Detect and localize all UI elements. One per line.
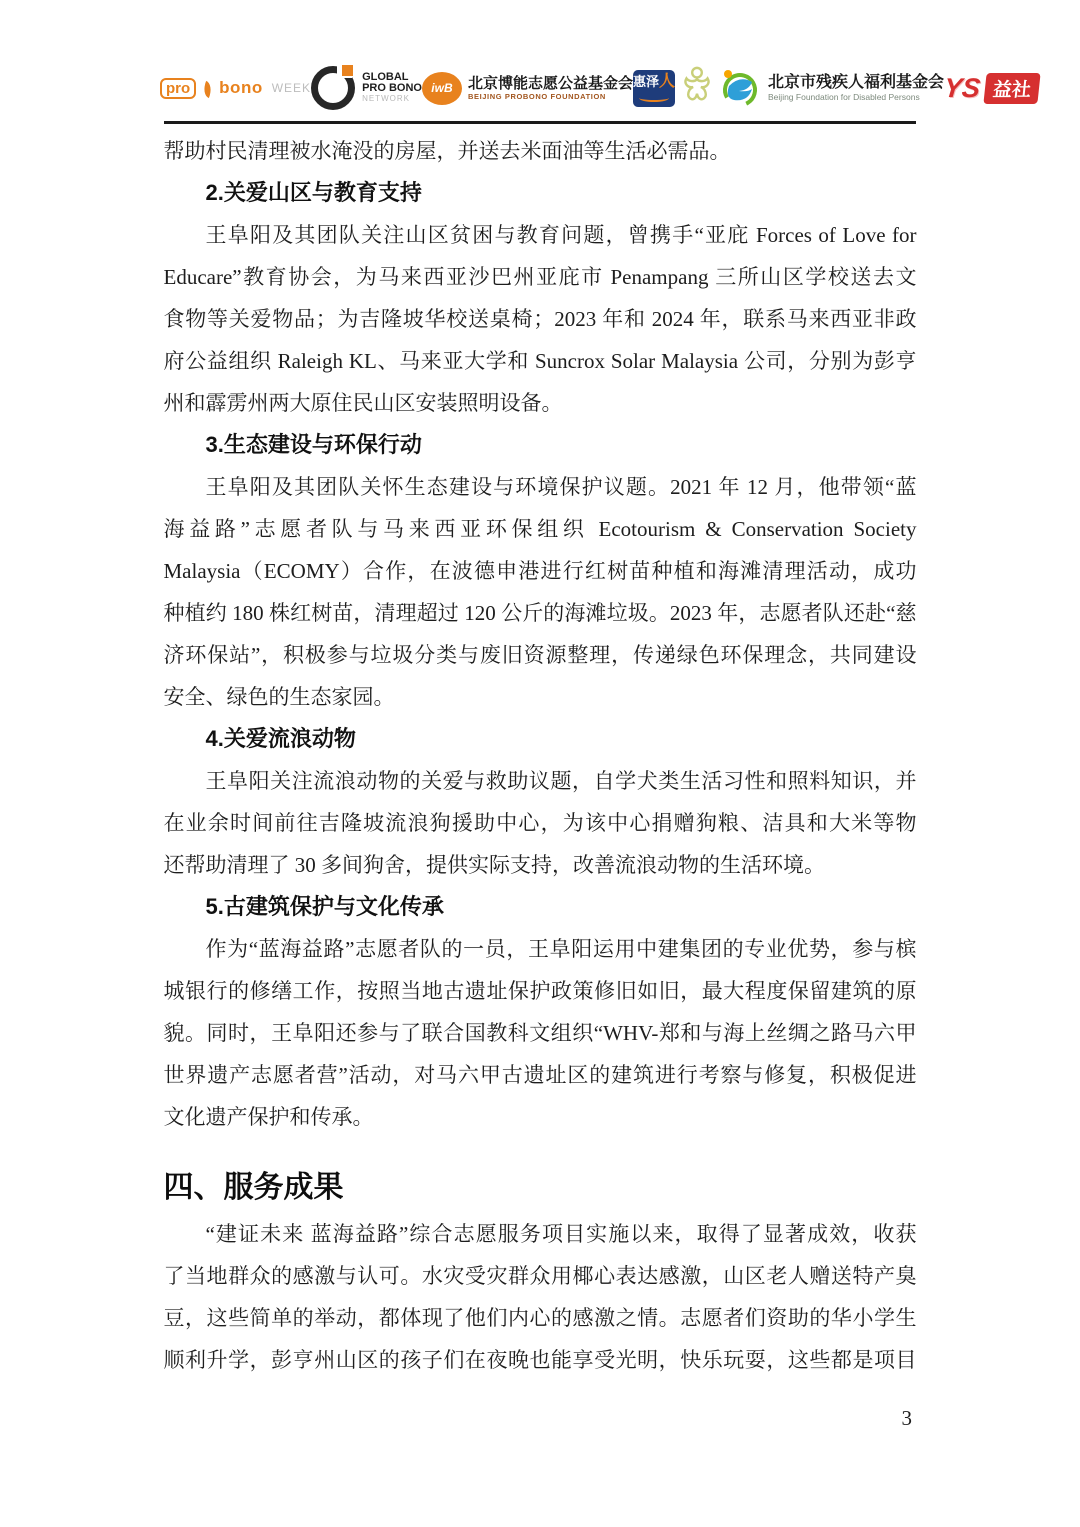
yishe-ys-mark: YS: [943, 75, 982, 102]
text-line: 府公益组织 Raleigh KL、马来亚大学和 Suncrox Solar Ma…: [164, 340, 917, 382]
global-pro-bono-line2: PRO BONO: [362, 83, 422, 94]
bfdp-en: Beijing Foundation for Disabled Persons: [768, 92, 944, 102]
sub-heading: 5.古建筑保护与文化传承: [164, 886, 917, 928]
pro-bono-week-bono: bono: [219, 78, 263, 98]
text-line: 海益路”志愿者队与马来西亚环保组织 Ecotourism & Conservat…: [164, 508, 917, 550]
text-line: 豆，这些简单的举动，都体现了他们内心的感激之情。志愿者们资助的华小学生: [164, 1297, 917, 1339]
page-header: probonoWEEK GLOBAL PRO BONO NETWORK iwB …: [0, 0, 1080, 124]
logo-pro-bono-week: probonoWEEK: [160, 78, 311, 99]
text-line: 王阜阳关注流浪动物的关爱与救助议题，自学犬类生活习性和照料知识，并: [164, 760, 917, 802]
text-line: 顺利升学，彭亨州山区的孩子们在夜晚也能享受光明，快乐玩耍，这些都是项目: [164, 1339, 917, 1381]
text-line: 了当地群众的感激与认可。水灾受灾群众用椰心表达感激，山区老人赠送特产臭: [164, 1255, 917, 1297]
sub-heading: 2.关爱山区与教育支持: [164, 172, 917, 214]
text-line: Educare”教育协会，为马来西亚沙巴州亚庇市 Penampang 三所山区学…: [164, 256, 917, 298]
pro-bono-week-week: WEEK: [272, 81, 311, 95]
text-line: 食物等关爱物品；为吉隆坡华校送桌椅；2023 年和 2024 年，联系马来西亚非…: [164, 298, 917, 340]
pro-bono-week-pro: pro: [160, 78, 196, 99]
text-line: “建证未来 蓝海益路”综合志愿服务项目实施以来，取得了显著成效，收获: [164, 1213, 917, 1255]
text-line: 作为“蓝海益路”志愿者队的一员，王阜阳运用中建集团的专业优势，参与槟: [164, 928, 917, 970]
logo-strip: probonoWEEK GLOBAL PRO BONO NETWORK iwB …: [160, 62, 920, 114]
logo-huizeren: 惠泽人: [633, 70, 675, 107]
header-divider: [164, 121, 916, 124]
text-line: 种植约 180 株红树苗，清理超过 120 公斤的海滩垃圾。2023 年，志愿者…: [164, 592, 917, 634]
yishe-label: 益社: [983, 73, 1040, 104]
huizeren-label: 惠泽人: [633, 75, 675, 89]
text-line: 王阜阳及其团队关注山区贫困与教育问题，曾携手“亚庇 Forces of Love…: [164, 214, 917, 256]
text-line: 城银行的修缮工作，按照当地古遗址保护政策修旧如旧，最大程度保留建筑的原: [164, 970, 917, 1012]
document-page: probonoWEEK GLOBAL PRO BONO NETWORK iwB …: [0, 0, 1080, 1527]
page-number: 3: [902, 1406, 913, 1431]
text-line: Malaysia（ECOMY）合作，在波德申港进行红树苗种植和海滩清理活动，成功: [164, 550, 917, 592]
text-line: 王阜阳及其团队关怀生态建设与环境保护议题。2021 年 12 月，他带领“蓝: [164, 466, 917, 508]
leaf-icon: [201, 81, 215, 98]
beijing-probono-foundation-cn: 北京博能志愿公益基金会: [468, 75, 633, 92]
logo-green-figure: [675, 65, 719, 111]
sub-heading: 3.生态建设与环保行动: [164, 424, 917, 466]
text-line: 文化遗产保护和传承。: [164, 1096, 917, 1138]
text-line: 州和霹雳州两大原住民山区安装照明设备。: [164, 382, 917, 424]
logo-global-pro-bono: GLOBAL PRO BONO NETWORK: [311, 66, 422, 110]
text-line: 帮助村民清理被水淹没的房屋，并送去米面油等生活必需品。: [164, 130, 917, 172]
text-line: 安全、绿色的生态家园。: [164, 676, 917, 718]
bfdp-cn: 北京市残疾人福利基金会: [768, 74, 944, 92]
logo-beijing-foundation-disabled-persons: 北京市残疾人福利基金会 Beijing Foundation for Disab…: [719, 67, 944, 109]
global-pro-bono-ring-icon: [311, 66, 355, 110]
text-line: 济环保站”，积极参与垃圾分类与废旧资源整理，传递绿色环保理念，共同建设: [164, 634, 917, 676]
disabled-persons-foundation-icon: [719, 67, 761, 109]
text-line: 世界遗产志愿者营”活动，对马六甲古遗址区的建筑进行考察与修复，积极促进: [164, 1054, 917, 1096]
dancing-figure-icon: [675, 65, 719, 111]
text-line: 在业余时间前往吉隆坡流浪狗援助中心，为该中心捐赠狗粮、洁具和大米等物资，: [164, 802, 917, 844]
logo-beijing-probono-foundation: iwB 北京博能志愿公益基金会 BEIJING PROBONO FOUNDATI…: [422, 72, 633, 105]
beijing-probono-foundation-en: BEIJING PROBONO FOUNDATION: [468, 92, 633, 101]
huizeren-swoosh-icon: [639, 95, 669, 102]
iwb-badge-icon: iwB: [422, 72, 462, 105]
sub-heading: 4.关爱流浪动物: [164, 718, 917, 760]
document-body: 帮助村民清理被水淹没的房屋，并送去米面油等生活必需品。2.关爱山区与教育支持王阜…: [164, 130, 917, 1381]
section-title: 四、服务成果: [164, 1163, 917, 1213]
logo-yishe: YS 益社: [942, 73, 1040, 104]
text-line: 还帮助清理了 30 多间狗舍，提供实际支持，改善流浪动物的生活环境。: [164, 844, 917, 886]
text-line: 貌。同时，王阜阳还参与了联合国教科文组织“WHV-郑和与海上丝绸之路马六甲: [164, 1012, 917, 1054]
global-pro-bono-line3: NETWORK: [362, 94, 422, 104]
